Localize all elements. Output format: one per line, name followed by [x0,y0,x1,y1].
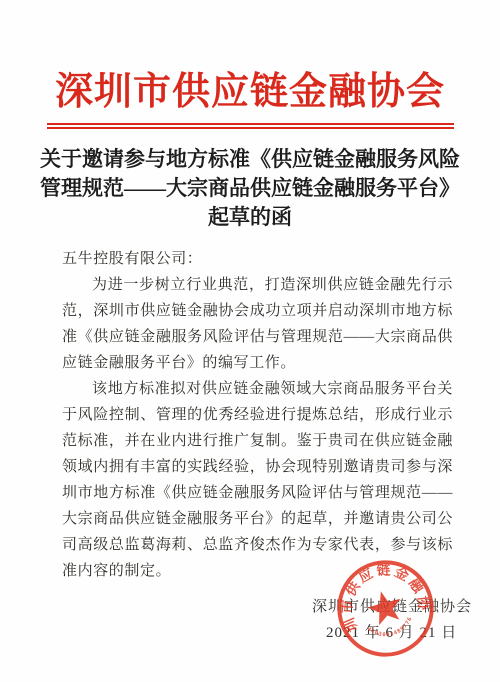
subject-line-2: 管理规范——大宗商品供应链金融服务平台》 [30,174,470,203]
org-title: 深圳市供应链金融协会 [0,60,500,115]
letterhead-divider [47,123,454,129]
seal-serial-wrap: 4403041489776 [365,615,417,644]
seal-serial-number: 4403041489776 [365,615,417,644]
letter-page: 深圳市供应链金融协会 关于邀请参与地方标准《供应链金融服务风险 管理规范——大宗… [0,0,500,682]
subject-line-1: 关于邀请参与地方标准《供应链金融服务风险 [30,145,470,174]
subject-title: 关于邀请参与地方标准《供应链金融服务风险 管理规范——大宗商品供应链金融服务平台… [30,145,470,232]
salutation: 五牛控股有限公司： [62,246,453,272]
letter-body: 五牛控股有限公司： 为进一步树立行业典范，打造深圳供应链金融先行示范，深圳市供应… [62,246,453,584]
paragraph-1: 为进一步树立行业典范，打造深圳供应链金融先行示范，深圳市供应链金融协会成功立项并… [62,272,453,376]
seal-star-icon [365,587,406,627]
paragraph-2: 该地方标准拟对供应链金融领域大宗商品服务平台关于风险控制、管理的优秀经验进行提炼… [62,376,453,584]
subject-line-3: 起草的函 [30,203,470,232]
